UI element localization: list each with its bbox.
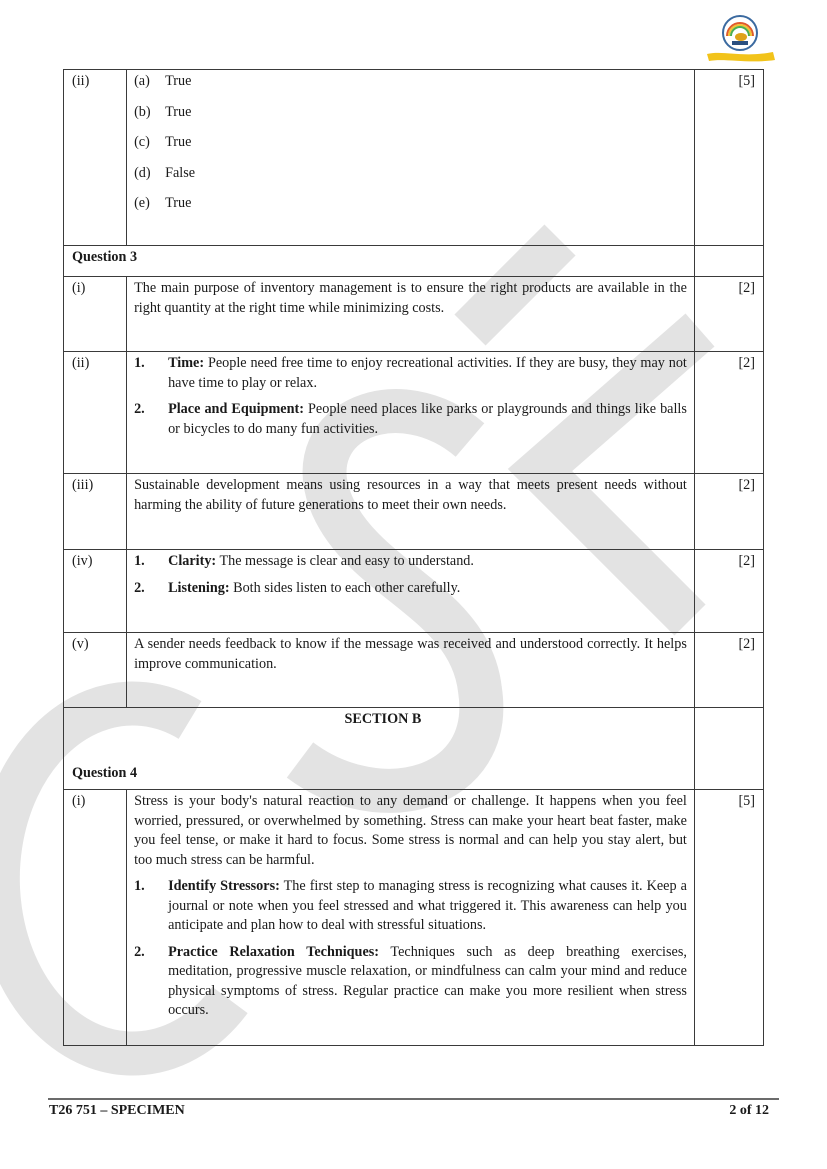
option-answer: False [165,164,195,195]
answer-point: 2.Listening: Both sides listen to each o… [134,579,687,599]
cisce-logo-icon [703,14,777,66]
answer-cell: (a)True(b)True(c)True(d)False(e)True [127,70,695,246]
point-number: 1. [134,552,168,572]
section-heading-row: SECTION B Question 4 [64,708,764,790]
table-row: (ii) (a)True(b)True(c)True(d)False(e)Tru… [64,70,764,246]
marking-scheme-table: (ii) (a)True(b)True(c)True(d)False(e)Tru… [63,69,764,1046]
answer-cell: 1.Clarity: The message is clear and easy… [127,550,695,633]
question-heading-row: Question 3 [64,246,764,277]
answer-point: 1.Time: People need free time to enjoy r… [134,354,687,393]
answer-cell: Stress is your body's natural reaction t… [127,790,695,1046]
table-row: (i) Stress is your body's natural reacti… [64,790,764,1046]
marks: [5] [694,70,763,246]
option-answer: True [165,194,191,225]
sub-question-label: (ii) [64,352,127,474]
answer-option: (c)True [134,133,687,164]
point-number: 2. [134,400,168,439]
point-term: Time: [168,355,204,371]
marks: [2] [694,277,763,352]
option-letter: (b) [134,103,165,134]
page-number: 2 of 12 [729,1103,769,1119]
answer-point: 2.Place and Equipment: People need place… [134,400,687,439]
sub-question-label: (ii) [64,70,127,246]
option-answer: True [165,103,191,134]
sub-question-label: (v) [64,633,127,708]
sub-question-label: (iii) [64,474,127,550]
answer-point: 2.Practice Relaxation Techniques: Techni… [134,943,687,1021]
marks: [2] [694,633,763,708]
table-row: (i) The main purpose of inventory manage… [64,277,764,352]
footer-rule [48,1098,779,1100]
option-letter: (d) [134,164,165,195]
answer-text: Sustainable development means using reso… [127,474,695,550]
table-row: (iv) 1.Clarity: The message is clear and… [64,550,764,633]
point-number: 2. [134,943,168,1021]
option-letter: (e) [134,194,165,225]
point-text: Both sides listen to each other carefull… [233,580,460,596]
answer-point: 1.Clarity: The message is clear and easy… [134,552,687,572]
marks: [5] [694,790,763,1046]
answer-option: (e)True [134,194,687,225]
marks: [2] [694,550,763,633]
table-row: (ii) 1.Time: People need free time to en… [64,352,764,474]
sub-question-label: (iv) [64,550,127,633]
sub-question-label: (i) [64,277,127,352]
table-row: (v) A sender needs feedback to know if t… [64,633,764,708]
sub-question-label: (i) [64,790,127,1046]
point-term: Listening: [168,580,230,596]
point-number: 1. [134,877,168,936]
table-row: (iii) Sustainable development means usin… [64,474,764,550]
point-term: Place and Equipment: [168,401,304,417]
paper-code: T26 751 – SPECIMEN [49,1103,185,1119]
point-text: People need free time to enjoy recreatio… [168,355,687,391]
marks: [2] [694,474,763,550]
answer-option: (a)True [134,72,687,103]
answer-option: (b)True [134,103,687,134]
answer-option: (d)False [134,164,687,195]
point-term: Identify Stressors: [168,878,280,894]
option-answer: True [165,133,191,164]
point-term: Clarity: [168,553,216,569]
option-letter: (a) [134,72,165,103]
answer-intro: Stress is your body's natural reaction t… [134,792,687,870]
point-number: 1. [134,354,168,393]
question-heading: Question 4 [72,764,137,784]
option-answer: True [165,72,191,103]
section-title: SECTION B [72,710,694,730]
answer-text: The main purpose of inventory management… [127,277,695,352]
answer-cell: 1.Time: People need free time to enjoy r… [127,352,695,474]
question-heading: Question 3 [64,246,695,277]
point-number: 2. [134,579,168,599]
point-term: Practice Relaxation Techniques: [168,944,379,960]
point-text: The message is clear and easy to underst… [219,553,474,569]
marks: [2] [694,352,763,474]
option-letter: (c) [134,133,165,164]
answer-text: A sender needs feedback to know if the m… [127,633,695,708]
answer-point: 1.Identify Stressors: The first step to … [134,877,687,936]
